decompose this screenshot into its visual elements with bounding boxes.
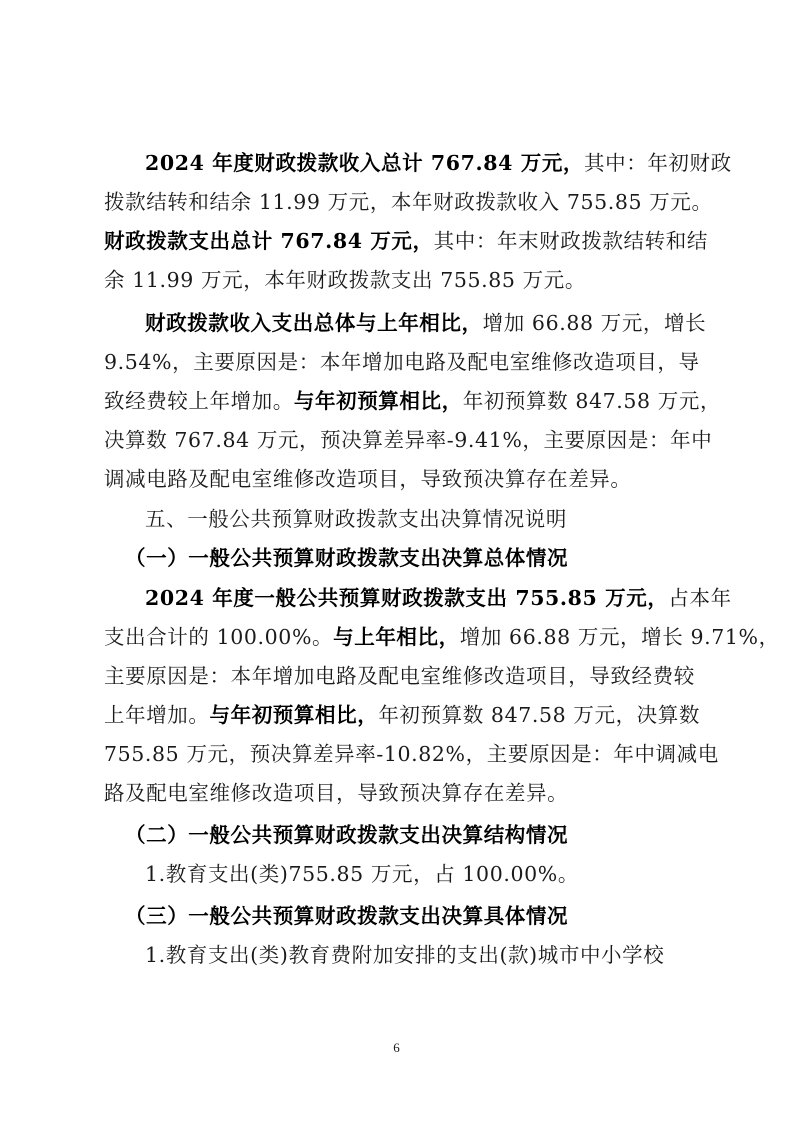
- list-item-detail: 1.教育支出(类)教育费附加安排的支出(款)城市中小学校: [145, 940, 695, 970]
- paragraph-line: 致经费较上年增加。与年初预算相比，年初预算数 847.58 万元，: [104, 386, 694, 416]
- paragraph-line: 路及配电室维修改造项目，导致预决算存在差异。: [104, 778, 694, 808]
- paragraph-line: 决算数 767.84 万元，预决算差异率-9.41%，主要原因是：年中: [104, 425, 694, 455]
- bold-text: 与年初预算相比，: [210, 703, 379, 727]
- bold-text: 2024 年度财政拨款收入总计 767.84 万元，: [145, 151, 584, 175]
- paragraph-line: 调减电路及配电室维修改造项目，导致预决算存在差异。: [104, 464, 694, 494]
- text: 余 11.99 万元，本年财政拨款支出 755.85 万元。: [104, 268, 586, 292]
- text: 上年增加。: [104, 703, 210, 727]
- paragraph-line: 755.85 万元，预决算差异率-10.82%，主要原因是：年中调减电: [104, 739, 694, 769]
- paragraph-line: 上年增加。与年初预算相比，年初预算数 847.58 万元，决算数: [104, 700, 694, 730]
- text: 其中：年初财政: [584, 151, 732, 175]
- paragraph-line: 拨款结转和结余 11.99 万元，本年财政拨款收入 755.85 万元。: [104, 187, 694, 217]
- paragraph-revenue-total: 2024 年度财政拨款收入总计 767.84 万元，其中：年初财政: [145, 148, 695, 178]
- page-number: 6: [0, 1040, 793, 1056]
- text: 拨款结转和结余 11.99 万元，本年财政拨款收入 755.85 万元。: [104, 190, 713, 214]
- bold-text: 与上年相比，: [333, 625, 460, 649]
- paragraph-general-budget: 2024 年度一般公共预算财政拨款支出 755.85 万元，占本年: [145, 583, 695, 613]
- paragraph-line: 9.54%，主要原因是：本年增加电路及配电室维修改造项目，导: [104, 347, 694, 377]
- paragraph-line: 支出合计的 100.00%。与上年相比，增加 66.88 万元，增长 9.71%…: [104, 622, 694, 652]
- section-heading-5: 五、一般公共预算财政拨款支出决算情况说明: [145, 504, 695, 534]
- text: 9.54%，主要原因是：本年增加电路及配电室维修改造项目，导: [104, 350, 700, 374]
- text: 1.教育支出(类)755.85 万元，占 100.00%。: [145, 862, 579, 886]
- text: 增加 66.88 万元，增长: [483, 311, 707, 335]
- bold-text: 与年初预算相比，: [294, 389, 463, 413]
- bold-text: 财政拨款收入支出总体与上年相比，: [145, 311, 483, 335]
- text: 增加 66.88 万元，增长 9.71%，: [460, 625, 780, 649]
- paragraph-line: 余 11.99 万元，本年财政拨款支出 755.85 万元。: [104, 265, 694, 295]
- text: 致经费较上年增加。: [104, 389, 294, 413]
- text: 主要原因是：本年增加电路及配电室维修改造项目，导致经费较: [104, 664, 695, 688]
- text: 决算数 767.84 万元，预决算差异率-9.41%，主要原因是：年中: [104, 428, 712, 452]
- text: 755.85 万元，预决算差异率-10.82%，主要原因是：年中调减电: [104, 742, 719, 766]
- paragraph-yoy-comparison: 财政拨款收入支出总体与上年相比，增加 66.88 万元，增长: [145, 308, 695, 338]
- bold-text: 2024 年度一般公共预算财政拨款支出 755.85 万元，: [145, 586, 668, 610]
- text: 年初预算数 847.58 万元，决算数: [378, 703, 700, 727]
- text: 其中：年末财政拨款结转和结: [434, 229, 708, 253]
- text: 调减电路及配电室维修改造项目，导致预决算存在差异。: [104, 467, 632, 491]
- subsection-heading-2: （二）一般公共预算财政拨款支出决算结构情况: [125, 820, 715, 850]
- bold-text: 财政拨款支出总计 767.84 万元，: [104, 229, 434, 253]
- subsection-heading-1: （一）一般公共预算财政拨款支出决算总体情况: [125, 543, 715, 573]
- list-item-structure: 1.教育支出(类)755.85 万元，占 100.00%。: [145, 859, 695, 889]
- text: 占本年: [668, 586, 731, 610]
- subsection-heading-3: （三）一般公共预算财政拨款支出决算具体情况: [125, 901, 715, 931]
- text: 路及配电室维修改造项目，导致预决算存在差异。: [104, 781, 568, 805]
- text: 支出合计的 100.00%。: [104, 625, 333, 649]
- heading-text: （三）一般公共预算财政拨款支出决算具体情况: [125, 904, 568, 928]
- heading-text: （二）一般公共预算财政拨款支出决算结构情况: [125, 823, 568, 847]
- heading-text: 五、一般公共预算财政拨款支出决算情况说明: [145, 507, 567, 531]
- paragraph-expense-total: 财政拨款支出总计 767.84 万元，其中：年末财政拨款结转和结: [104, 226, 694, 256]
- heading-text: （一）一般公共预算财政拨款支出决算总体情况: [125, 546, 568, 570]
- text: 年初预算数 847.58 万元，: [463, 389, 721, 413]
- paragraph-line: 主要原因是：本年增加电路及配电室维修改造项目，导致经费较: [104, 661, 694, 691]
- document-page: 2024 年度财政拨款收入总计 767.84 万元，其中：年初财政 拨款结转和结…: [0, 0, 793, 1122]
- text: 1.教育支出(类)教育费附加安排的支出(款)城市中小学校: [145, 943, 664, 967]
